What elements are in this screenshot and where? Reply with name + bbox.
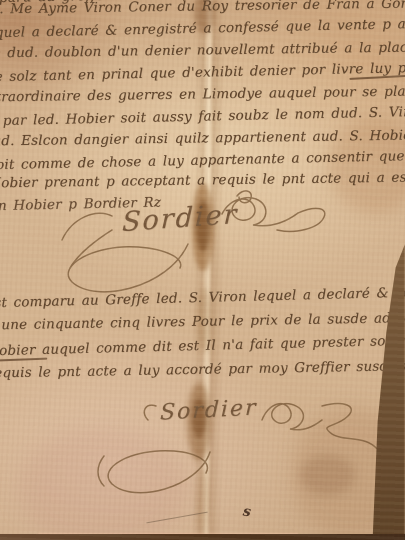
manuscript-line: requis le pnt acte a luy accordé par moy… (0, 357, 405, 381)
manuscript-line: est comparu au Greffe led. S. Viron lequ… (0, 283, 405, 311)
manuscript-line: Hobier auquel comme dit est Il n'a fait … (0, 331, 405, 359)
underline-hobier (0, 358, 47, 362)
manuscript-line: a une cinquante cinq livres Pour le prix… (0, 309, 405, 333)
text-block-lower: est comparu au Greffe led. S. Viron lequ… (0, 0, 405, 540)
signature-sordier-2: Sordier (160, 395, 258, 425)
photo-bottom-edge (0, 534, 405, 540)
manuscript-photo: mparu au greffe le Sr m. Me Ayme Viron C… (0, 0, 405, 540)
